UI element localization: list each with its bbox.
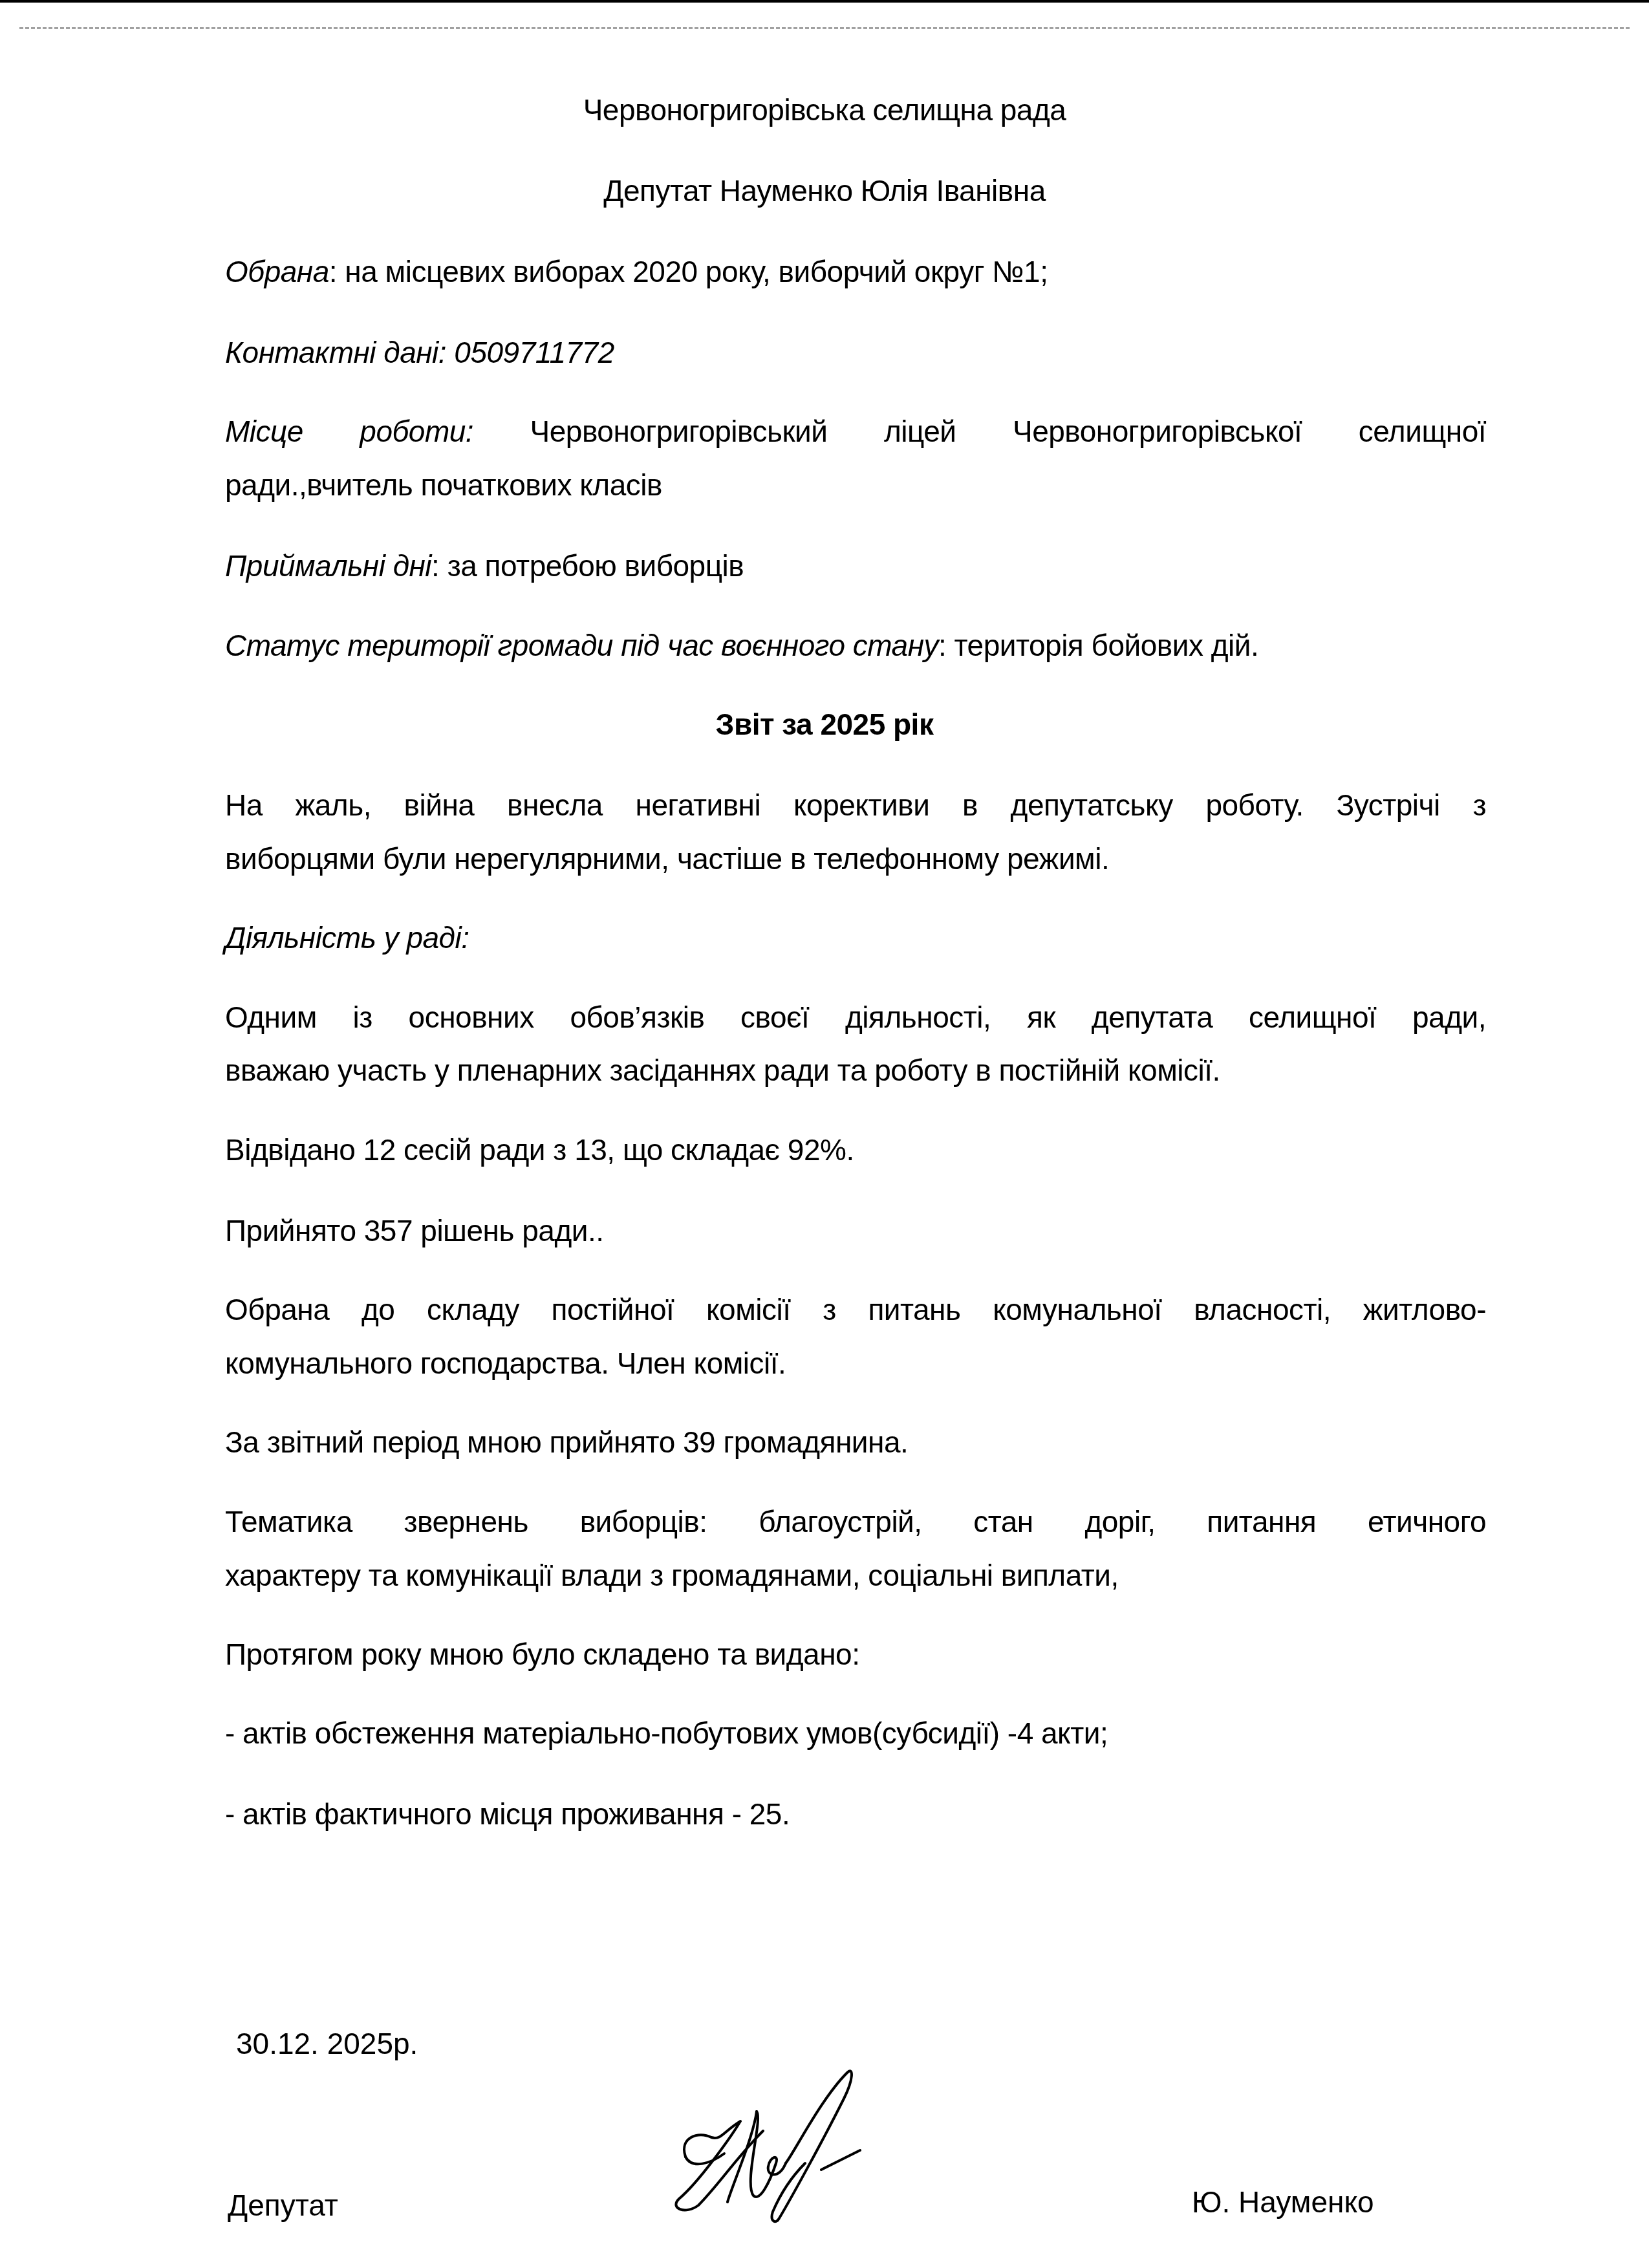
status-value: : територія бойових дій.	[938, 629, 1258, 662]
handwritten-signature	[660, 2060, 892, 2228]
topics-line-2: характеру та комунікації влади з громадя…	[225, 1543, 1486, 1608]
council-activity-heading: Діяльність у раді:	[225, 905, 1486, 970]
status-line: Статус території громади під час воєнног…	[225, 613, 1486, 678]
reception-line: Приймальні дні: за потребою виборців	[225, 534, 1486, 598]
scan-artifact-rule	[19, 27, 1630, 29]
commission-line-2: комунального господарства. Член комісії.	[225, 1331, 1486, 1396]
signatory-name: Ю. Науменко	[1192, 2183, 1374, 2221]
status-label: Статус території громади під час воєнног…	[225, 629, 938, 662]
intro-line-2: виборцями були нерегулярними, частіше в …	[225, 826, 1486, 891]
elected-label: Обрана	[225, 255, 329, 288]
elected-value: : на місцевих виборах 2020 року, виборчи…	[329, 255, 1048, 288]
council-name: Червоногригорівська селищна рада	[0, 78, 1649, 142]
issued-item: - актів обстеження матеріально-побутових…	[225, 1701, 1486, 1766]
report-date: 30.12. 2025р.	[236, 2024, 418, 2063]
deputy-name: Депутат Науменко Юлія Іванівна	[0, 158, 1649, 223]
citizens-line: За звітний період мною прийнято 39 грома…	[225, 1410, 1486, 1474]
contacts-line: Контактні дані: 0509711772	[225, 320, 1486, 385]
signatory-position: Депутат	[228, 2186, 338, 2225]
scanned-document-page: Червоногригорівська селищна рада Депутат…	[0, 0, 1649, 2268]
elected-line: Обрана: на місцевих виборах 2020 року, в…	[225, 239, 1486, 304]
reception-value: : за потребою виборців	[431, 549, 744, 583]
issued-item: - актів фактичного місця проживання - 25…	[225, 1782, 1486, 1846]
workplace-label: Місце роботи:	[225, 415, 473, 448]
decisions-line: Прийнято 357 рішень ради..	[225, 1198, 1486, 1263]
scan-edge	[0, 0, 1649, 3]
sessions-line: Відвідано 12 сесій ради з 13, що складає…	[225, 1118, 1486, 1182]
workplace-line-2: ради.,вчитель початкових класів	[225, 453, 1486, 517]
issued-intro: Протягом року мною було складено та вида…	[225, 1622, 1486, 1687]
report-title: Звіт за 2025 рік	[0, 692, 1649, 757]
duty-line-2: вважаю участь у пленарних засіданнях рад…	[225, 1038, 1486, 1103]
workplace-value-1: Червоногригорівський ліцей Червоногригор…	[530, 415, 1486, 448]
reception-label: Приймальні дні	[225, 549, 431, 583]
